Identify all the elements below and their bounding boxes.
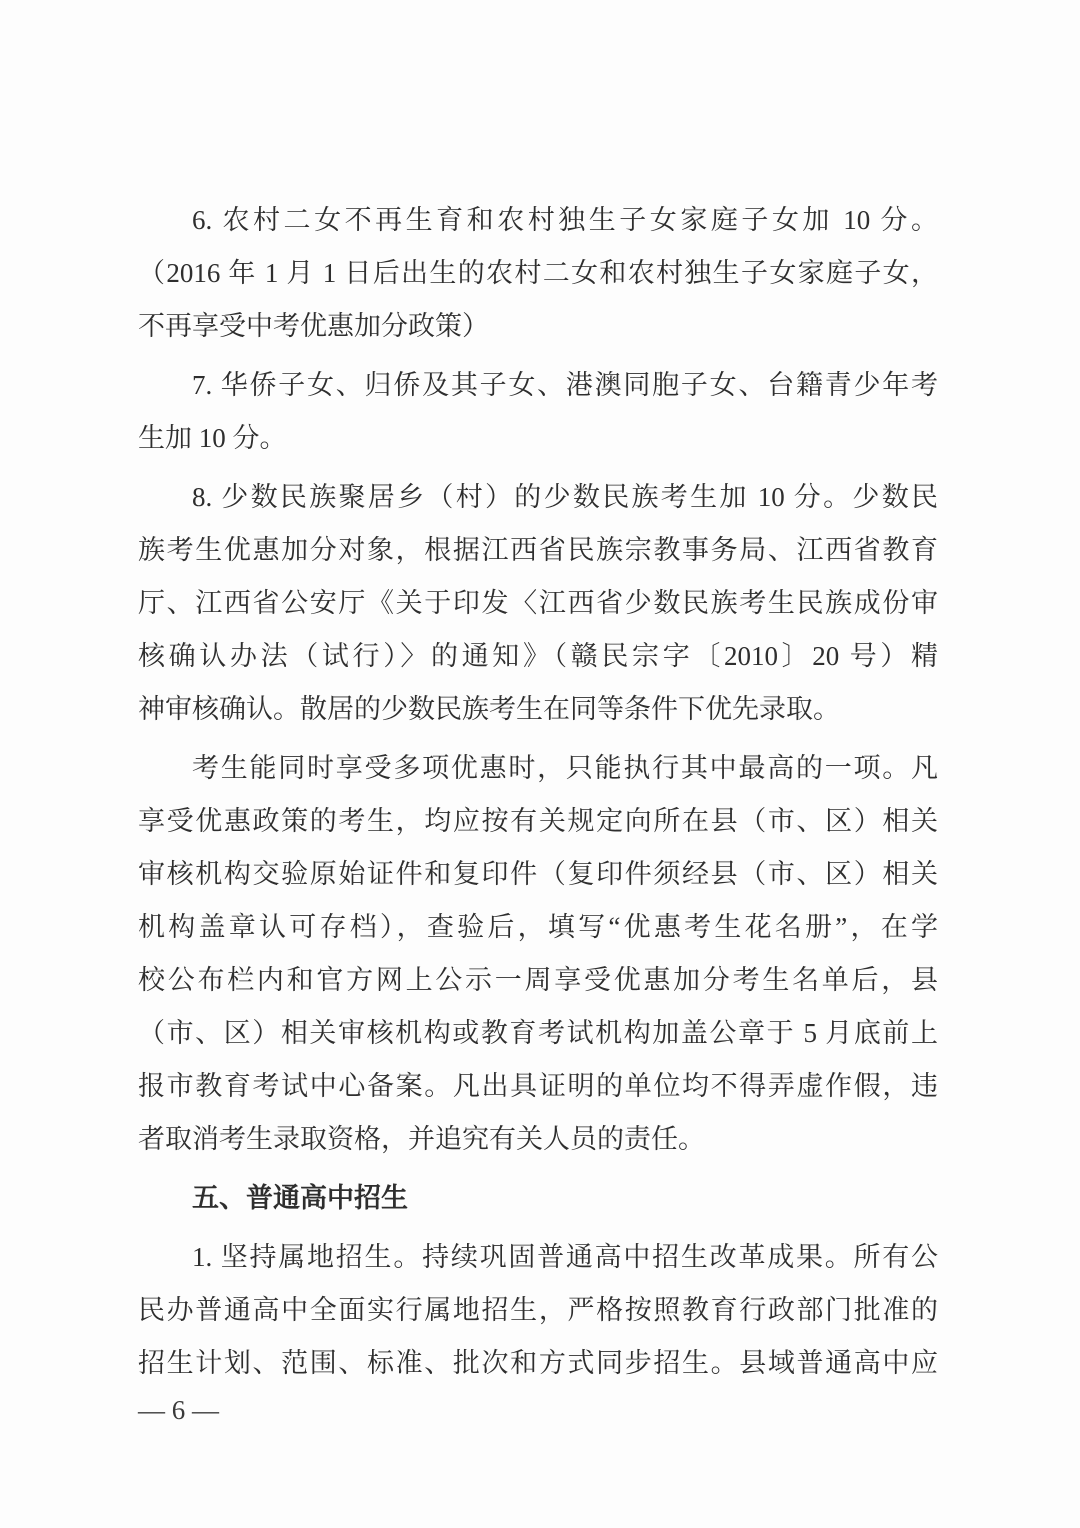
text-line: 族考生优惠加分对象，根据江西省民族宗教事务局、江西省教育 — [138, 524, 938, 577]
text-line: 审核机构交验原始证件和复印件（复印件须经县（市、区）相关 — [138, 848, 938, 901]
document-body: 6. 农村二女不再生育和农村独生子女家庭子女加 10 分。 （2016 年 1 … — [138, 194, 938, 1390]
paragraph-rural-two-daughters: 6. 农村二女不再生育和农村独生子女家庭子女加 10 分。 （2016 年 1 … — [138, 194, 938, 353]
text-line: 享受优惠政策的考生，均应按有关规定向所在县（市、区）相关 — [138, 795, 938, 848]
text-line: 考生能同时享受多项优惠时，只能执行其中最高的一项。凡 — [138, 742, 938, 795]
text-line: 招生计划、范围、标准、批次和方式同步招生。县域普通高中应 — [138, 1337, 938, 1390]
text-line: 7. 华侨子女、归侨及其子女、港澳同胞子女、台籍青少年考 — [138, 359, 938, 412]
paragraph-local-admission: 1. 坚持属地招生。持续巩固普通高中招生改革成果。所有公 民办普通高中全面实行属… — [138, 1231, 938, 1390]
document-page: 6. 农村二女不再生育和农村独生子女家庭子女加 10 分。 （2016 年 1 … — [0, 0, 1080, 1528]
text-line: 厅、江西省公安厅《关于印发〈江西省少数民族考生民族成份审 — [138, 577, 938, 630]
paragraph-ethnic-minority: 8. 少数民族聚居乡（村）的少数民族考生加 10 分。少数民 族考生优惠加分对象… — [138, 471, 938, 736]
text-line: 核确认办法（试行）〉的通知》（赣民宗字〔2010〕20 号）精 — [138, 630, 938, 683]
page-number: — 6 — — [138, 1387, 219, 1433]
text-line: 不再享受中考优惠加分政策） — [138, 300, 938, 353]
text-line: 校公布栏内和官方网上公示一周享受优惠加分考生名单后，县 — [138, 954, 938, 1007]
text-line: 生加 10 分。 — [138, 412, 938, 465]
paragraph-bonus-verification: 考生能同时享受多项优惠时，只能执行其中最高的一项。凡 享受优惠政策的考生，均应按… — [138, 742, 938, 1166]
text-line: 报市教育考试中心备案。凡出具证明的单位均不得弄虚作假，违 — [138, 1060, 938, 1113]
text-line: 机构盖章认可存档），查验后，填写“优惠考生花名册”，在学 — [138, 901, 938, 954]
text-line: （市、区）相关审核机构或教育考试机构加盖公章于 5 月底前上 — [138, 1007, 938, 1060]
text-line: 者取消考生录取资格，并追究有关人员的责任。 — [138, 1113, 938, 1166]
text-line: 6. 农村二女不再生育和农村独生子女家庭子女加 10 分。 — [138, 194, 938, 247]
text-line: 神审核确认。散居的少数民族考生在同等条件下优先录取。 — [138, 683, 938, 736]
section-heading: 五、普通高中招生 — [138, 1172, 938, 1225]
text-line: 1. 坚持属地招生。持续巩固普通高中招生改革成果。所有公 — [138, 1231, 938, 1284]
section-heading-high-school-admission: 五、普通高中招生 — [138, 1172, 938, 1225]
paragraph-overseas-chinese: 7. 华侨子女、归侨及其子女、港澳同胞子女、台籍青少年考 生加 10 分。 — [138, 359, 938, 465]
text-line: 8. 少数民族聚居乡（村）的少数民族考生加 10 分。少数民 — [138, 471, 938, 524]
text-line: 民办普通高中全面实行属地招生，严格按照教育行政部门批准的 — [138, 1284, 938, 1337]
text-line: （2016 年 1 月 1 日后出生的农村二女和农村独生子女家庭子女， — [138, 247, 938, 300]
